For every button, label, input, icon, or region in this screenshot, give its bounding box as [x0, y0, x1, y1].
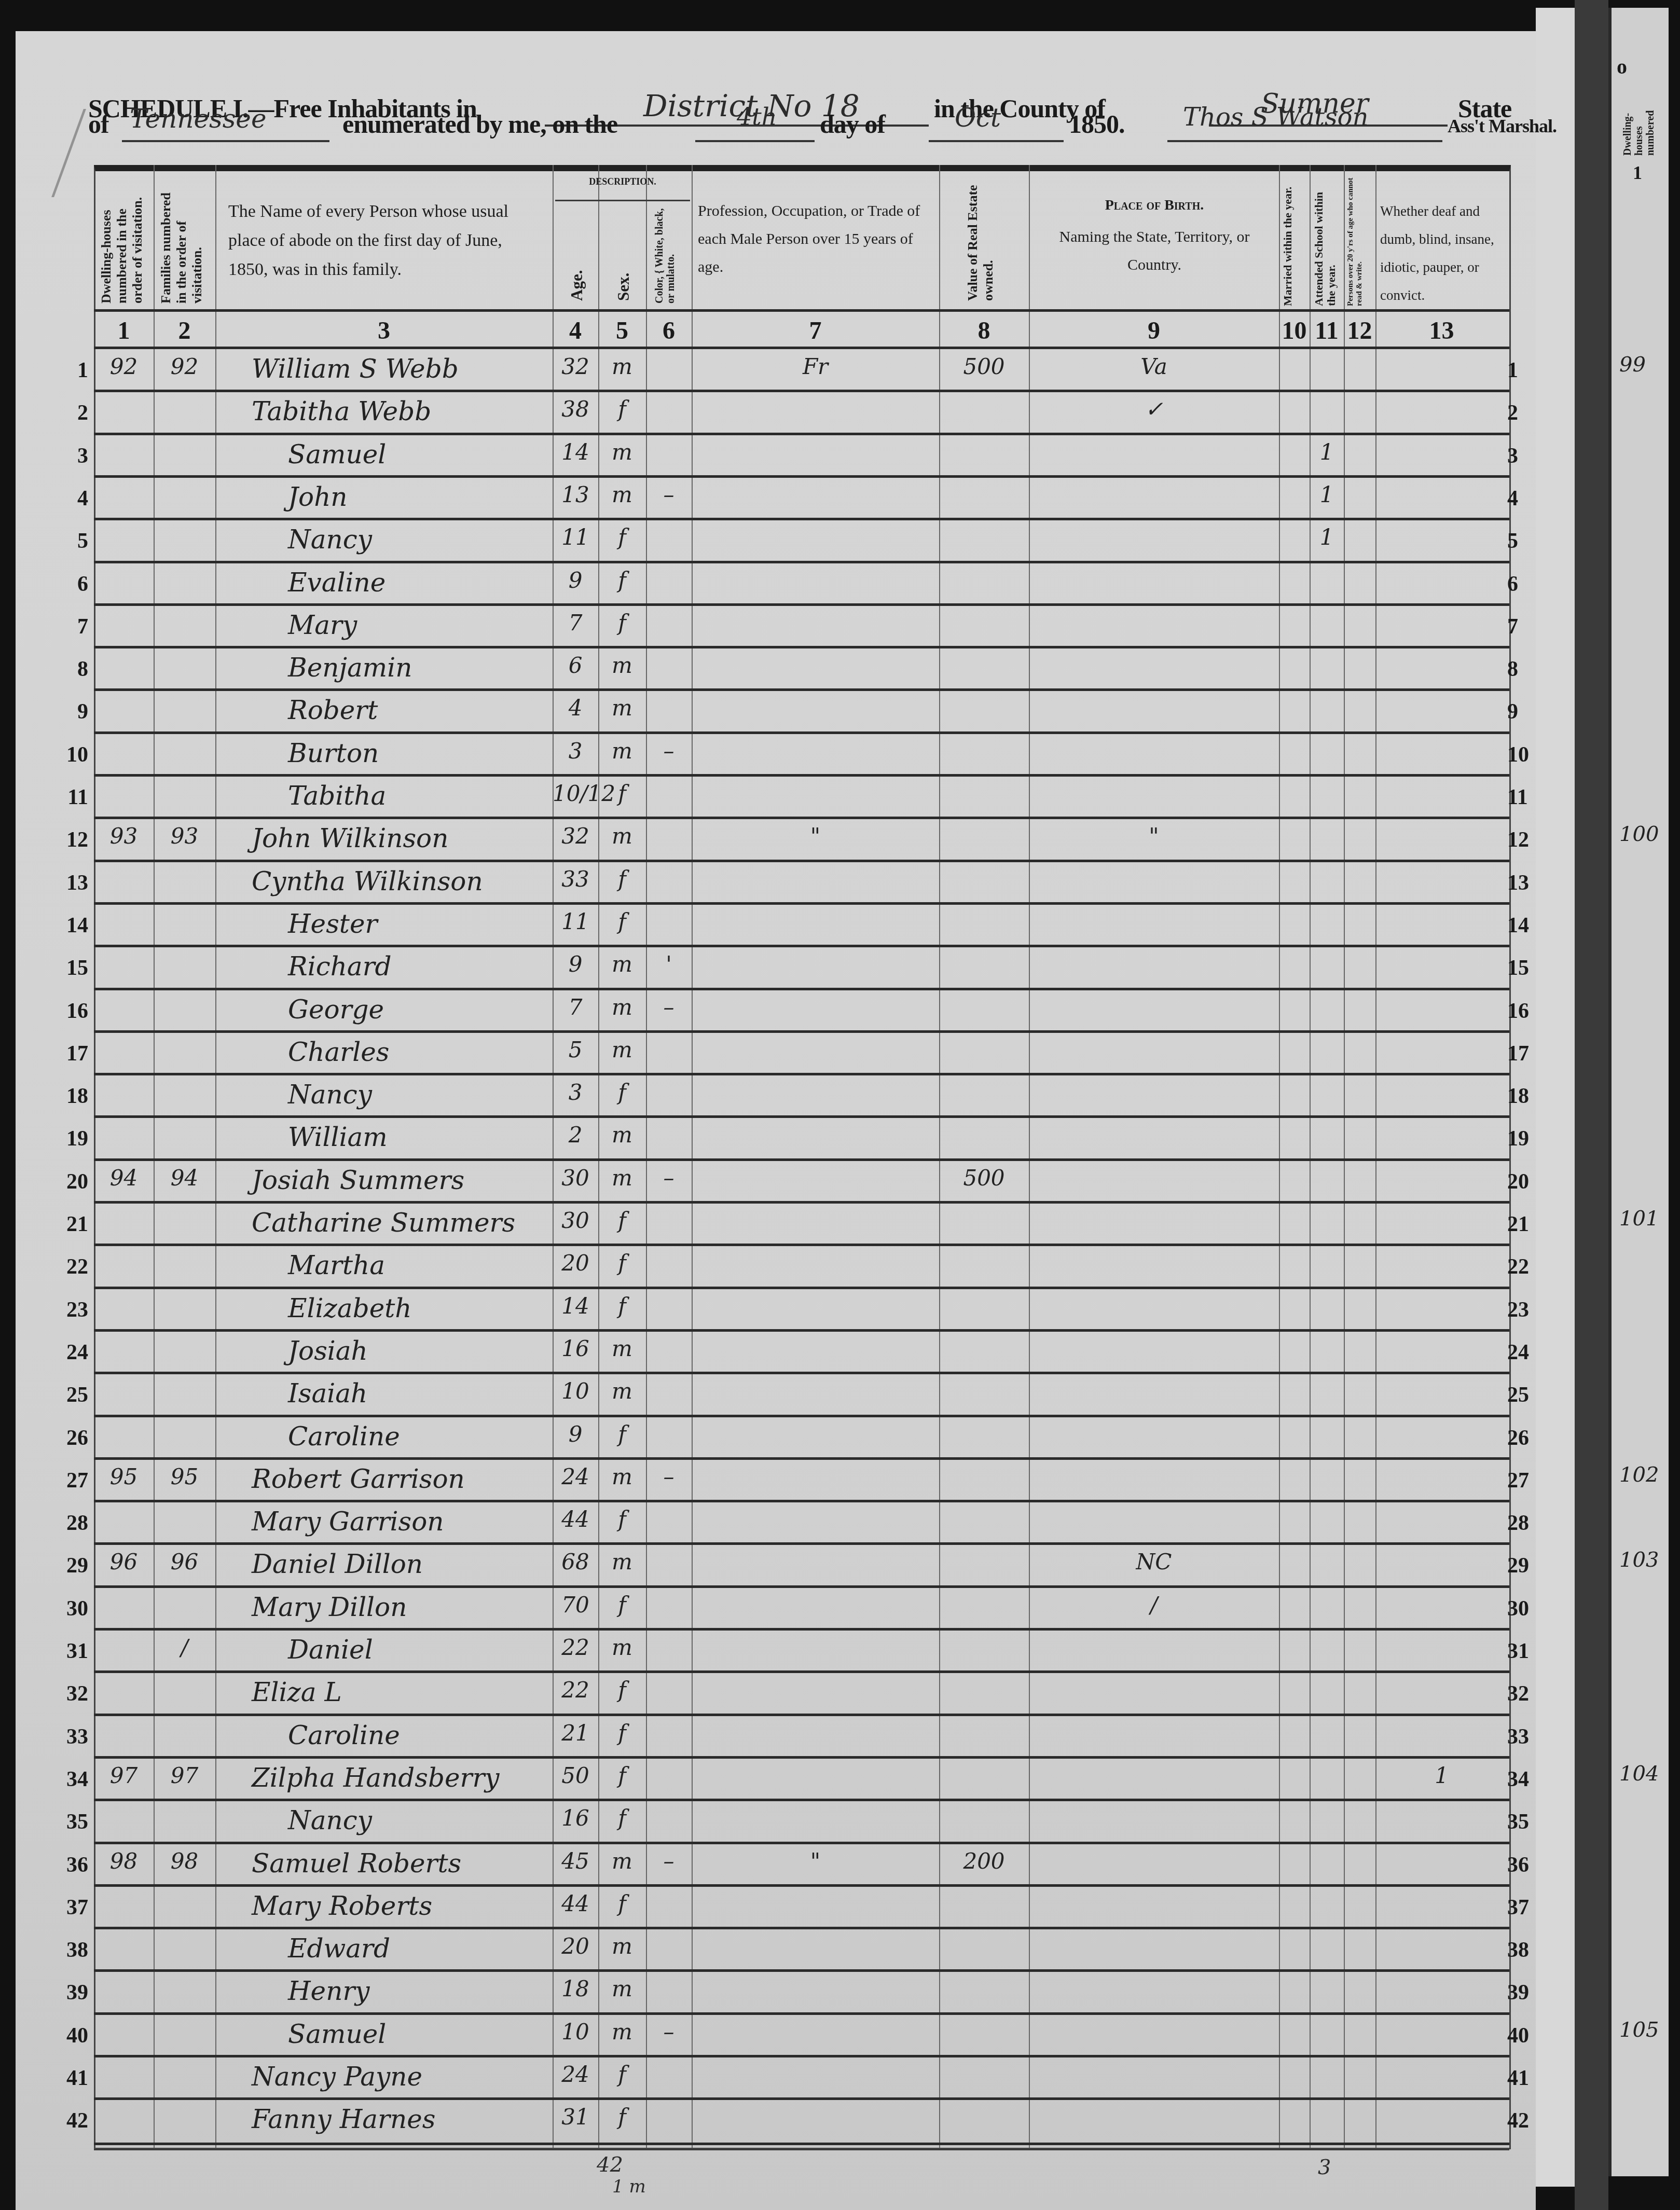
sex-cell: m: [598, 1933, 646, 1959]
age-cell: 32: [553, 823, 598, 849]
name-cell: Cyntha Wilkinson: [252, 866, 553, 896]
col7-header: Profession, Occupation, or Trade of each…: [698, 197, 931, 281]
line-number-right: 8: [1507, 657, 1538, 682]
sex-cell: f: [598, 909, 646, 934]
name-cell: Robert: [288, 695, 553, 725]
dwelling-cell: 95: [94, 1464, 154, 1489]
sex-cell: m: [598, 695, 646, 721]
sex-cell: m: [598, 354, 646, 379]
line-number-left: 23: [57, 1297, 88, 1322]
line-number-right: 35: [1507, 1810, 1538, 1834]
line-number-left: 7: [57, 614, 88, 639]
line-number-left: 24: [57, 1340, 88, 1365]
colnum-7: 7: [692, 315, 939, 347]
header-rule: [94, 309, 1509, 312]
line-number-right: 20: [1507, 1169, 1538, 1194]
next-page-dwelling-number: 102: [1619, 1463, 1659, 1487]
colnum-5: 5: [598, 315, 646, 347]
line-number-left: 26: [57, 1426, 88, 1451]
family-cell: 96: [154, 1549, 215, 1574]
name-cell: Nancy: [288, 524, 553, 555]
row-rule: [94, 1756, 1509, 1759]
line-number-right: 10: [1507, 742, 1538, 767]
name-cell: Eliza L: [252, 1677, 553, 1707]
line-number-left: 42: [57, 2108, 88, 2133]
age-cell: 22: [553, 1677, 598, 1703]
sex-cell: f: [598, 2062, 646, 2087]
sex-cell: m: [598, 1165, 646, 1191]
age-cell: 38: [553, 396, 598, 422]
row-rule: [94, 1329, 1509, 1332]
colnum-3: 3: [215, 315, 553, 347]
name-cell: Mary Roberts: [252, 1891, 553, 1921]
sex-cell: m: [598, 995, 646, 1020]
row-rule: [94, 518, 1509, 520]
line-number-left: 11: [57, 785, 88, 810]
colnum-2: 2: [154, 315, 215, 347]
row-rule: [94, 1158, 1509, 1161]
line-number-left: 6: [57, 572, 88, 597]
name-cell: Mary Dillon: [252, 1592, 553, 1622]
line-number-right: 42: [1507, 2108, 1538, 2133]
colnum-9: 9: [1029, 315, 1279, 347]
colnum-13: 13: [1375, 315, 1508, 347]
line-number-left: 22: [57, 1254, 88, 1279]
sex-cell: m: [598, 1378, 646, 1404]
next-page-dwelling-number: 101: [1619, 1207, 1659, 1231]
name-cell: Nancy: [288, 1805, 553, 1835]
row-rule: [94, 1585, 1509, 1588]
line-number-left: 35: [57, 1810, 88, 1834]
line-number-right: 16: [1507, 999, 1538, 1024]
line-number-right: 28: [1507, 1511, 1538, 1536]
col8-header: Value of Real Estate owned.: [965, 176, 1001, 301]
line-number-right: 31: [1507, 1639, 1538, 1664]
family-cell: /: [154, 1635, 215, 1660]
line-number-right: 11: [1507, 785, 1538, 810]
row-rule: [94, 1714, 1509, 1716]
line-number-left: 9: [57, 699, 88, 724]
name-cell: Fanny Harnes: [252, 2104, 553, 2134]
row-rule: [94, 433, 1509, 435]
col10-header: Married within the year.: [1282, 176, 1307, 306]
row-rule: [94, 1287, 1509, 1289]
age-cell: 4: [553, 695, 598, 721]
line-number-left: 33: [57, 1724, 88, 1749]
line-number-left: 27: [57, 1468, 88, 1493]
line-number-right: 41: [1507, 2066, 1538, 2091]
line-number-right: 40: [1507, 2023, 1538, 2048]
row-rule: [94, 731, 1509, 734]
next-page-fragment: Dwelling-houses numberedo199100101102103…: [1608, 8, 1669, 2176]
footer-tally: 42: [597, 2153, 623, 2177]
age-cell: 5: [553, 1037, 598, 1062]
sex-cell: m: [598, 1549, 646, 1574]
day-blank: [695, 136, 815, 142]
sex-cell: f: [598, 1677, 646, 1703]
line-number-left: 19: [57, 1126, 88, 1151]
color-cell: ': [646, 951, 692, 977]
occupation-cell: ": [692, 823, 939, 849]
sex-cell: f: [598, 1507, 646, 1532]
birthplace-cell: NC: [1029, 1549, 1279, 1574]
colnum-1: 1: [94, 315, 154, 347]
sex-cell: f: [598, 1208, 646, 1233]
col5-header: Sex.: [615, 208, 636, 301]
age-cell: 50: [553, 1763, 598, 1788]
line-number-left: 3: [57, 444, 88, 468]
sex-cell: m: [598, 2019, 646, 2045]
state-blank: [122, 136, 329, 142]
line-number-left: 13: [57, 871, 88, 895]
name-cell: Burton: [288, 738, 553, 768]
name-cell: Tabitha Webb: [252, 396, 553, 426]
color-cell: –: [646, 1464, 692, 1489]
colnum-6: 6: [646, 315, 692, 347]
colnum-rule: [94, 347, 1509, 349]
age-cell: 10: [553, 2019, 598, 2045]
name-cell: William: [288, 1122, 553, 1152]
sex-cell: f: [598, 1763, 646, 1788]
row-rule: [94, 1799, 1509, 1801]
sex-cell: m: [598, 439, 646, 465]
line-number-right: 14: [1507, 913, 1538, 938]
age-cell: 45: [553, 1848, 598, 1874]
line-number-right: 37: [1507, 1895, 1538, 1920]
school-cell: 1: [1310, 524, 1344, 550]
name-cell: Zilpha Handsberry: [252, 1763, 553, 1793]
sex-cell: f: [598, 1250, 646, 1276]
name-cell: Samuel Roberts: [252, 1848, 553, 1879]
sex-cell: f: [598, 1080, 646, 1105]
age-cell: 3: [553, 1080, 598, 1105]
sex-cell: m: [598, 1976, 646, 2001]
colnum-11: 11: [1310, 315, 1344, 347]
age-cell: 11: [553, 909, 598, 934]
row-rule: [94, 1670, 1509, 1673]
line-number-left: 36: [57, 1853, 88, 1877]
dwelling-cell: 96: [94, 1549, 154, 1574]
col3-header: The Name of every Person whose usual pla…: [228, 197, 540, 284]
family-cell: 92: [154, 354, 215, 379]
colnum-8: 8: [939, 315, 1029, 347]
name-cell: John: [288, 482, 553, 512]
age-cell: 18: [553, 1976, 598, 2001]
row-rule: [94, 1201, 1509, 1204]
line-number-right: 5: [1507, 529, 1538, 554]
line-number-right: 3: [1507, 444, 1538, 468]
row-rule: [94, 688, 1509, 691]
line-number-left: 12: [57, 827, 88, 852]
name-cell: Caroline: [288, 1720, 553, 1750]
sex-cell: f: [598, 2104, 646, 2130]
family-cell: 93: [154, 823, 215, 849]
line-number-left: 17: [57, 1041, 88, 1066]
line-number-right: 29: [1507, 1553, 1538, 1578]
next-page-dwelling-number: 104: [1619, 1762, 1659, 1786]
line-number-left: 8: [57, 657, 88, 682]
value-cell: 500: [939, 1165, 1029, 1191]
line-number-right: 4: [1507, 486, 1538, 511]
age-cell: 68: [553, 1549, 598, 1574]
line-number-left: 38: [57, 1938, 88, 1963]
age-cell: 24: [553, 1464, 598, 1489]
color-cell: –: [646, 2019, 692, 2045]
col13-cell: 1: [1375, 1763, 1508, 1788]
sex-cell: f: [598, 1421, 646, 1447]
sex-cell: m: [598, 951, 646, 977]
age-cell: 11: [553, 524, 598, 550]
row-rule: [94, 1244, 1509, 1246]
value-cell: 200: [939, 1848, 1029, 1874]
name-cell: Nancy Payne: [252, 2062, 553, 2092]
value-cell: 500: [939, 354, 1029, 379]
line-number-right: 25: [1507, 1383, 1538, 1407]
age-cell: 44: [553, 1891, 598, 1916]
line-number-right: 1: [1507, 358, 1538, 383]
birthplace-cell: /: [1029, 1592, 1279, 1618]
month-field: Oct: [955, 103, 1001, 133]
age-cell: 20: [553, 1933, 598, 1959]
line-number-right: 9: [1507, 699, 1538, 724]
line-number-left: 10: [57, 742, 88, 767]
footer-tally-note: 1 m: [612, 2176, 646, 2197]
name-cell: Edward: [288, 1933, 553, 1964]
age-cell: 44: [553, 1507, 598, 1532]
birthplace-cell: ✓: [1029, 396, 1279, 422]
col2-header: Families numbered in the order of visita…: [158, 179, 210, 303]
name-cell: Henry: [288, 1976, 553, 2006]
row-rule: [94, 561, 1509, 563]
age-cell: 32: [553, 354, 598, 379]
name-cell: Robert Garrison: [252, 1464, 553, 1494]
line-number-right: 7: [1507, 614, 1538, 639]
binding-gutter: [1575, 0, 1608, 2210]
line-number-left: 28: [57, 1511, 88, 1536]
row-rule: [94, 1115, 1509, 1118]
age-cell: 70: [553, 1592, 598, 1618]
dwelling-cell: 94: [94, 1165, 154, 1191]
sex-cell: m: [598, 823, 646, 849]
row-rule: [94, 2012, 1509, 2015]
name-cell: Martha: [288, 1250, 553, 1280]
line-number-right: 17: [1507, 1041, 1538, 1066]
day-field: 4th: [737, 103, 777, 131]
col13-header: Whether deaf and dumb, blind, insane, id…: [1380, 197, 1505, 309]
age-cell: 14: [553, 439, 598, 465]
row-rule: [94, 646, 1509, 648]
age-cell: 9: [553, 568, 598, 593]
line-number-left: 4: [57, 486, 88, 511]
color-cell: –: [646, 482, 692, 507]
year-label: 1850.: [1069, 109, 1125, 139]
name-cell: Hester: [288, 909, 553, 939]
colnum-4: 4: [553, 315, 598, 347]
occupation-cell: Fr: [692, 354, 939, 379]
sex-cell: m: [598, 482, 646, 507]
row-rule: [94, 1927, 1509, 1929]
marshal-label: Ass't Marshal.: [1448, 115, 1557, 137]
row-rule: [94, 1415, 1509, 1417]
next-page-dwelling-number: 103: [1619, 1548, 1659, 1572]
line-number-left: 18: [57, 1084, 88, 1109]
row-rule: [94, 1542, 1509, 1545]
col11-header: Attended School within the year.: [1313, 176, 1341, 306]
age-cell: 33: [553, 866, 598, 892]
row-rule: [94, 902, 1509, 905]
row-rule: [94, 475, 1509, 478]
dwelling-cell: 97: [94, 1763, 154, 1788]
row-rule: [94, 774, 1509, 777]
footer-school-total: 3: [1318, 2156, 1331, 2179]
color-cell: –: [646, 1848, 692, 1874]
next-page-col1-header: Dwelling-houses numbered: [1622, 88, 1643, 156]
name-cell: Nancy: [288, 1080, 553, 1110]
line-number-left: 29: [57, 1553, 88, 1578]
age-cell: 22: [553, 1635, 598, 1660]
sex-cell: f: [598, 610, 646, 636]
line-number-right: 30: [1507, 1596, 1538, 1621]
marshal-field: Thos S Watson: [1183, 103, 1368, 132]
line-number-left: 15: [57, 956, 88, 980]
next-page-dwelling-number: 100: [1619, 822, 1659, 846]
binding-strip: [1536, 8, 1575, 2187]
name-cell: Charles: [288, 1037, 553, 1067]
name-cell: Daniel Dillon: [252, 1549, 553, 1579]
row-rule: [94, 817, 1509, 819]
name-cell: Benjamin: [288, 653, 553, 683]
line-number-left: 31: [57, 1639, 88, 1664]
row-rule: [94, 860, 1509, 862]
name-cell: Mary Garrison: [252, 1507, 553, 1537]
line-number-right: 39: [1507, 1980, 1538, 2005]
line-number-right: 24: [1507, 1340, 1538, 1365]
row-rule: [94, 1884, 1509, 1887]
row-rule: [94, 1842, 1509, 1844]
age-cell: 30: [553, 1165, 598, 1191]
colnum-10: 10: [1279, 315, 1310, 347]
next-page-dwelling-number: 105: [1619, 2018, 1659, 2042]
line-number-left: 16: [57, 999, 88, 1024]
line-number-left: 32: [57, 1681, 88, 1706]
name-cell: Caroline: [288, 1421, 553, 1452]
age-cell: 7: [553, 610, 598, 636]
line-number-right: 23: [1507, 1297, 1538, 1322]
line-number-left: 5: [57, 529, 88, 554]
sex-cell: f: [598, 396, 646, 422]
line-number-right: 22: [1507, 1254, 1538, 1279]
age-cell: 2: [553, 1122, 598, 1148]
age-cell: 3: [553, 738, 598, 764]
age-cell: 30: [553, 1208, 598, 1233]
family-cell: 95: [154, 1464, 215, 1489]
line-number-right: 33: [1507, 1724, 1538, 1749]
line-number-left: 2: [57, 400, 88, 425]
age-cell: 16: [553, 1336, 598, 1361]
line-number-right: 6: [1507, 572, 1538, 597]
line-number-right: 2: [1507, 400, 1538, 425]
sex-cell: f: [598, 1720, 646, 1746]
age-cell: 9: [553, 1421, 598, 1447]
name-cell: Catharine Summers: [252, 1208, 553, 1238]
color-cell: –: [646, 995, 692, 1020]
col4-header: Age.: [568, 208, 589, 301]
of-label: of: [88, 109, 109, 139]
state-field: Tennessee: [130, 104, 267, 134]
age-cell: 9: [553, 951, 598, 977]
age-cell: 13: [553, 482, 598, 507]
month-blank: [929, 136, 1064, 142]
row-rule: [94, 2055, 1509, 2057]
occupation-cell: ": [692, 1848, 939, 1874]
name-cell: William S Webb: [252, 354, 553, 384]
line-number-left: 20: [57, 1169, 88, 1194]
age-cell: 7: [553, 995, 598, 1020]
name-cell: Richard: [288, 951, 553, 982]
age-cell: 10: [553, 1378, 598, 1404]
birthplace-cell: ": [1029, 823, 1279, 849]
sex-cell: f: [598, 1891, 646, 1916]
col6-header: Color, { White, black, or mulatto.: [654, 205, 690, 303]
next-page-header-letter: o: [1617, 54, 1627, 79]
age-cell: 6: [553, 653, 598, 678]
name-cell: Elizabeth: [288, 1293, 553, 1323]
line-number-right: 36: [1507, 1853, 1538, 1877]
family-cell: 98: [154, 1848, 215, 1874]
dwelling-cell: 93: [94, 823, 154, 849]
line-number-left: 1: [57, 358, 88, 383]
school-cell: 1: [1310, 439, 1344, 465]
sex-cell: m: [598, 1635, 646, 1660]
sex-cell: f: [598, 524, 646, 550]
col9-header: Naming the State, Territory, or Country.: [1038, 223, 1271, 279]
row-rule: [94, 945, 1509, 947]
next-page-dwelling-number: 99: [1619, 353, 1646, 377]
next-page-colnum: 1: [1622, 157, 1653, 188]
day-of-label: day of: [820, 109, 885, 139]
description-rule: [555, 200, 690, 201]
dwelling-cell: 92: [94, 354, 154, 379]
row-rule: [94, 1030, 1509, 1033]
description-header: DESCRIPTION.: [555, 176, 690, 187]
family-cell: 97: [154, 1763, 215, 1788]
color-cell: –: [646, 1165, 692, 1191]
name-cell: John Wilkinson: [252, 823, 553, 853]
row-rule: [94, 390, 1509, 392]
row-rule: [94, 988, 1509, 990]
line-number-left: 25: [57, 1383, 88, 1407]
line-number-left: 14: [57, 913, 88, 938]
enumerated-label: enumerated by me, on the: [342, 109, 617, 139]
bottom-rule-2: [94, 2149, 1509, 2150]
sex-cell: f: [598, 568, 646, 593]
line-number-right: 15: [1507, 956, 1538, 980]
sex-cell: f: [598, 1805, 646, 1831]
color-cell: –: [646, 738, 692, 764]
name-cell: Daniel: [288, 1635, 553, 1665]
row-rule: [94, 1628, 1509, 1631]
name-cell: Evaline: [288, 568, 553, 598]
line-number-left: 39: [57, 1980, 88, 2005]
line-number-right: 18: [1507, 1084, 1538, 1109]
name-cell: Josiah Summers: [252, 1165, 553, 1195]
dwelling-cell: 98: [94, 1848, 154, 1874]
line-number-left: 34: [57, 1767, 88, 1792]
family-cell: 94: [154, 1165, 215, 1191]
sex-cell: m: [598, 1848, 646, 1874]
line-number-right: 19: [1507, 1126, 1538, 1151]
line-number-right: 38: [1507, 1938, 1538, 1963]
